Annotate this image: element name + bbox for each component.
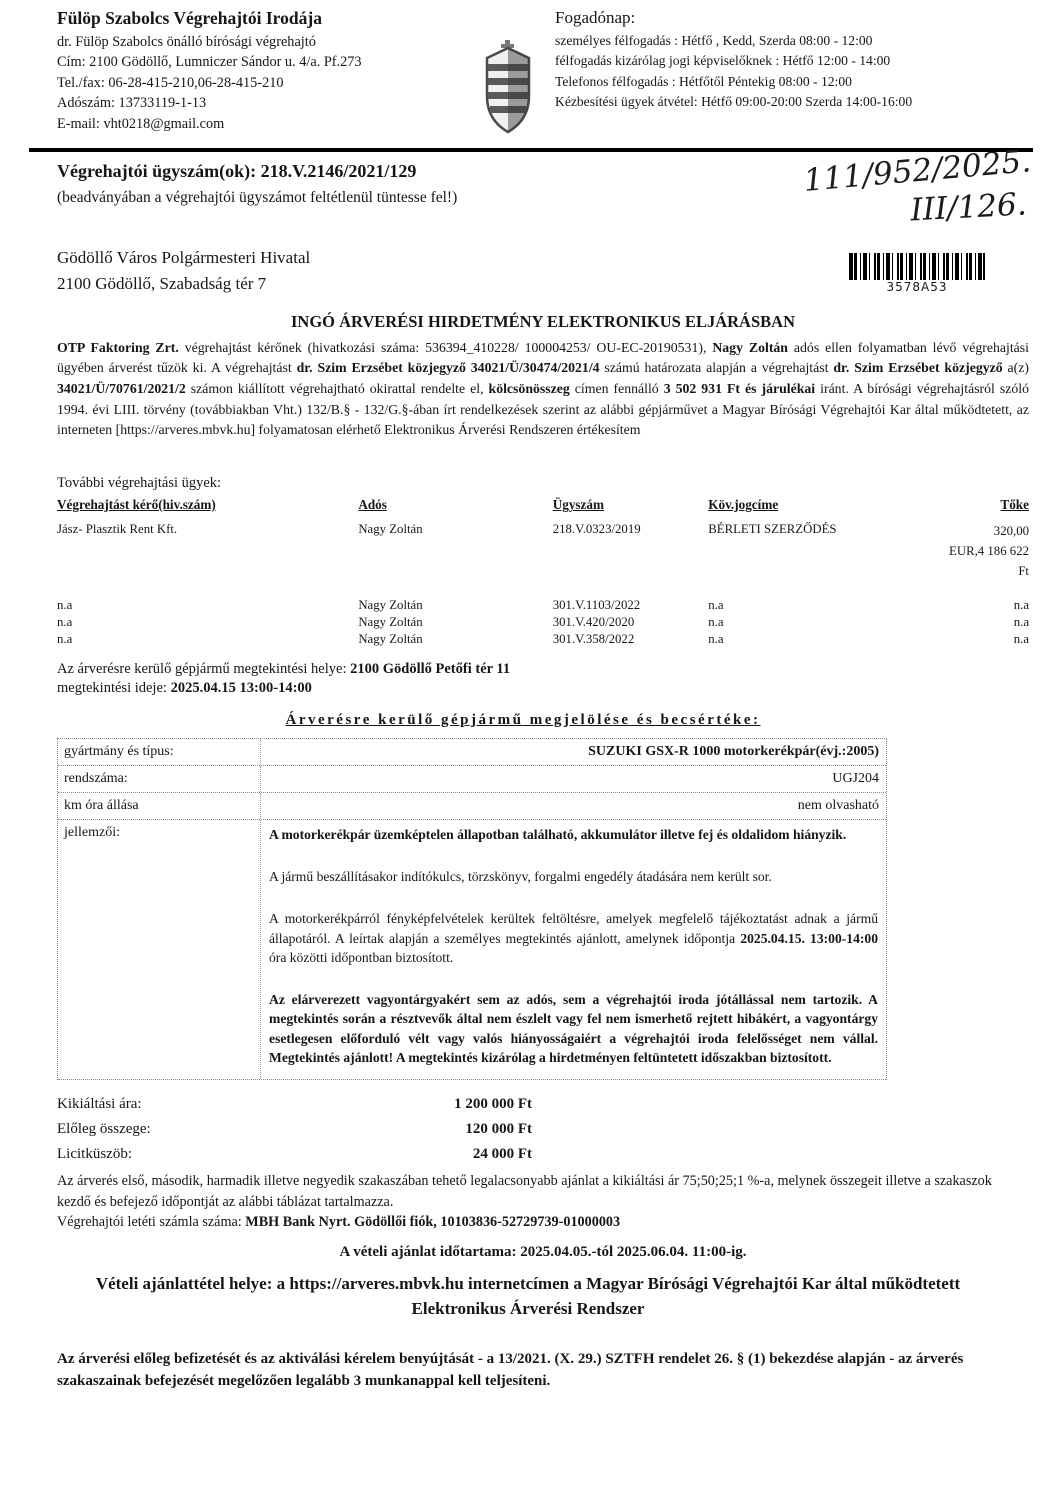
deposit-account-value: MBH Bank Nyrt. Gödöllői fiók, 10103836-5… (245, 1214, 620, 1230)
features-paragraph: A motorkerékpárról fényképfelvételek ker… (269, 909, 878, 967)
other-cases-section: További végrehajtási ügyek: Végrehajtást… (57, 475, 1029, 647)
bid-increment-row: Licitküszöb: 24 000 Ft (57, 1146, 1029, 1163)
other-cases-heading: További végrehajtási ügyek: (57, 475, 1029, 492)
vehicle-row-plate: rendszáma: UGJ204 (58, 766, 886, 793)
office-taxid-line: Adószám: 13733119-1-13 (57, 93, 477, 113)
bid-increment-value: 24 000 Ft (362, 1146, 532, 1163)
vehicle-make-value: SUZUKI GSX-R 1000 motorkerékpár(évj.:200… (261, 739, 886, 765)
deposit-amount-row: Előleg összege: 120 000 Ft (57, 1121, 1029, 1138)
auction-stages-paragraph: Az árverés első, második, harmadik illet… (57, 1171, 1029, 1212)
barcode: 3578A53 (849, 253, 985, 294)
table-row: n.a Nagy Zoltán 301.V.358/2022 n.a n.a (57, 631, 1029, 648)
column-header-debtor: Adós (358, 495, 552, 521)
features-paragraph: Az elárverezett vagyontárgyakért sem az … (269, 990, 878, 1067)
column-header-principal: Tőke (883, 495, 1029, 521)
reception-line: félfogadás kizárólag jogi képviselőknek … (555, 51, 1029, 71)
offer-place-line: Vételi ajánlattétel helye: a https://arv… (57, 1271, 999, 1322)
column-header-case-number: Ügyszám (553, 495, 709, 521)
creditor-name: OTP Faktoring Zrt. (57, 340, 179, 355)
deposit-account-line: Végrehajtói letéti számla száma: MBH Ban… (57, 1212, 1029, 1233)
barcode-label: 3578A53 (849, 280, 985, 294)
viewing-time-value: 2025.04.15 13:00-14:00 (171, 680, 312, 696)
debtor-name: Nagy Zoltán (712, 340, 788, 355)
pricing-block: Kikiáltási ára: 1 200 000 Ft Előleg össz… (57, 1096, 1029, 1163)
handwritten-file-number: 111/952/2025. III/126. (802, 142, 1036, 239)
office-email-line: E-mail: vht0218@gmail.com (57, 114, 477, 134)
starting-price-value: 1 200 000 Ft (362, 1096, 532, 1113)
vehicle-plate-value: UGJ204 (261, 766, 886, 792)
addressee-row: Gödöllő Város Polgármesteri Hivatal 2100… (57, 245, 1029, 298)
vehicle-odometer-value: nem olvasható (261, 793, 886, 819)
column-header-claim-title: Köv.jogcíme (708, 495, 883, 521)
hungarian-coat-of-arms-icon (477, 8, 549, 141)
reception-hours-block: Fogadónap: személyes félfogadás : Hétfő … (549, 8, 1029, 113)
vehicle-features-text: A motorkerékpár üzemképtelen állapotban … (261, 820, 886, 1080)
document-header: Fülöp Szabolcs Végrehajtói Irodája dr. F… (57, 8, 1029, 141)
office-phone-line: Tel./fax: 06-28-415-210,06-28-415-210 (57, 73, 477, 93)
column-header-creditor: Végrehajtást kérő(hiv.szám) (57, 495, 358, 521)
barcode-bars-icon (849, 253, 985, 280)
addressee-name: Gödöllő Város Polgármesteri Hivatal (57, 245, 310, 271)
issuer-office-block: Fülöp Szabolcs Végrehajtói Irodája dr. F… (57, 8, 477, 134)
reception-line: Kézbesítési ügyek átvétel: Hétfő 09:00-2… (555, 92, 1029, 112)
vehicle-row-odometer: km óra állása nem olvasható (58, 793, 886, 820)
offer-period-line: A vételi ajánlat időtartama: 2025.04.05.… (57, 1242, 1029, 1264)
intro-paragraph: OTP Faktoring Zrt. végrehajtást kérőnek … (57, 338, 1029, 441)
viewing-datetime: 2025.04.15. 13:00-14:00 (740, 931, 878, 946)
vehicle-row-features: jellemzői: A motorkerékpár üzemképtelen … (58, 820, 886, 1081)
vehicle-row-make: gyártmány és típus: SUZUKI GSX-R 1000 mo… (58, 739, 886, 766)
reception-line: Telefonos félfogadás : Hétfőtől Péntekig… (555, 72, 1029, 92)
document-title: INGÓ ÁRVERÉSI HIRDETMÉNY ELEKTRONIKUS EL… (57, 312, 1029, 332)
addressee-block: Gödöllő Város Polgármesteri Hivatal 2100… (57, 245, 310, 298)
table-header-row: Végrehajtást kérő(hiv.szám) Adós Ügyszám… (57, 495, 1029, 521)
deposit-deadline-paragraph: Az árverési előleg befizetését és az akt… (57, 1349, 1029, 1393)
viewing-time-line: megtekintési ideje: 2025.04.15 13:00-14:… (57, 680, 1029, 697)
vehicle-details-table: gyártmány és típus: SUZUKI GSX-R 1000 mo… (57, 738, 887, 1081)
other-cases-table: Végrehajtást kérő(hiv.szám) Adós Ügyszám… (57, 495, 1029, 647)
office-name: Fülöp Szabolcs Végrehajtói Irodája (57, 8, 477, 29)
reception-line: személyes félfogadás : Hétfő , Kedd, Sze… (555, 31, 1029, 51)
horizontal-divider (29, 148, 1033, 152)
deposit-amount-value: 120 000 Ft (362, 1121, 532, 1138)
table-row: n.a Nagy Zoltán 301.V.420/2020 n.a n.a (57, 614, 1029, 631)
reception-title: Fogadónap: (555, 8, 1029, 28)
addressee-address: 2100 Gödöllő, Szabadság tér 7 (57, 271, 310, 297)
vehicle-section-heading: Árverésre kerülő gépjármű megjelölése és… (57, 712, 989, 729)
features-paragraph: A jármű beszállításakor indítókulcs, tör… (269, 867, 878, 886)
table-row: Jász- Plasztik Rent Kft. Nagy Zoltán 218… (57, 521, 1029, 582)
claim-amount: 3 502 931 Ft és járulékai (664, 381, 815, 396)
features-paragraph: A motorkerékpár üzemképtelen állapotban … (269, 825, 878, 844)
table-row: n.a Nagy Zoltán 301.V.1103/2022 n.a n.a (57, 583, 1029, 614)
starting-price-row: Kikiáltási ára: 1 200 000 Ft (57, 1096, 1029, 1113)
office-address-line: Cím: 2100 Gödöllő, Lumniczer Sándor u. 4… (57, 52, 477, 72)
viewing-place-value: 2100 Gödöllő Petőfi tér 11 (350, 661, 510, 677)
scanned-auction-notice-page: Fülöp Szabolcs Végrehajtói Irodája dr. F… (0, 0, 1059, 1498)
viewing-place-line: Az árverésre kerülő gépjármű megtekintés… (57, 661, 1029, 678)
office-executor-line: dr. Fülöp Szabolcs önálló bírósági végre… (57, 32, 477, 52)
